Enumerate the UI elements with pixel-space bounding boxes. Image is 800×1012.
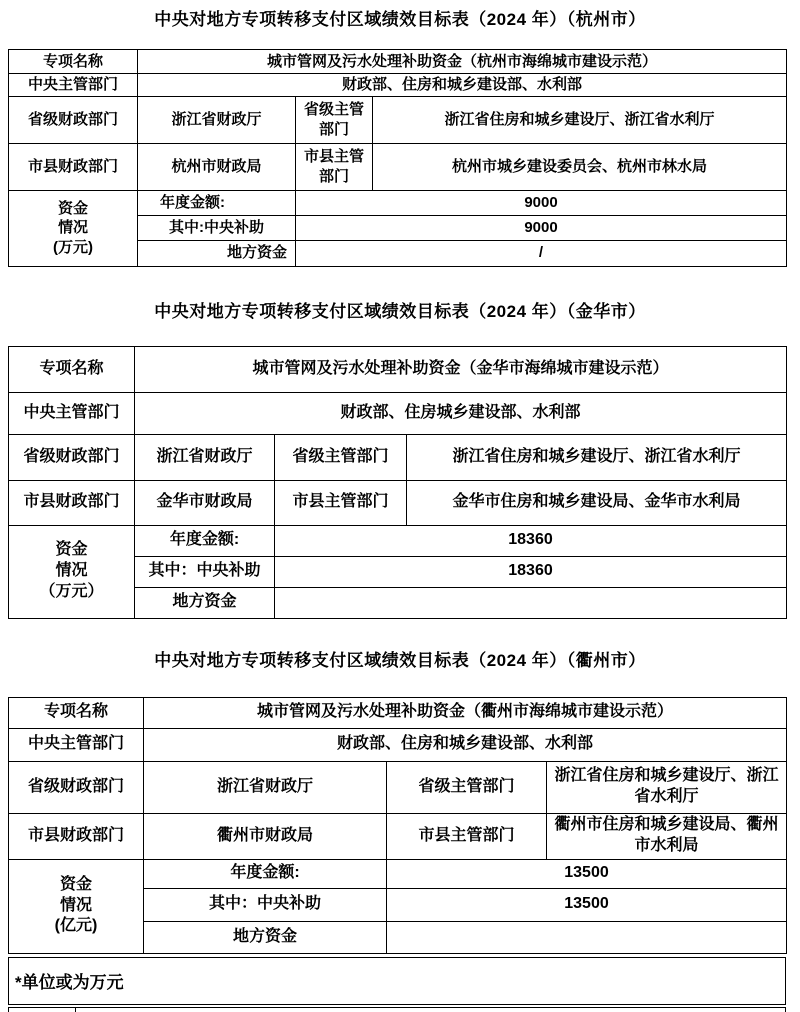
table-hangzhou: 专项名称 城市管网及污水处理补助资金（杭州市海绵城市建设示范） 中央主管部门 财… [8, 49, 787, 267]
annual-amount-value: 18360 [275, 525, 787, 556]
city-finance-value: 杭州市财政局 [138, 143, 296, 190]
local-funds-label: 地方资金 [135, 587, 275, 618]
local-funds-label: 地方资金 [144, 921, 387, 953]
annual-amount-label: 年度金额: [144, 859, 387, 888]
central-subsidy-label: 其中:中央补助 [138, 215, 296, 240]
prov-finance-label: 省级财政部门 [9, 96, 138, 143]
central-subsidy-value: 13500 [387, 888, 787, 921]
central-dept-label: 中央主管部门 [9, 74, 138, 97]
table-row: 中央主管部门 财政部、住房城乡建设部、水利部 [9, 392, 787, 434]
document-sheet: 中央对地方专项转移支付区域绩效目标表（2024 年）（杭州市） 专项名称 城市管… [0, 0, 800, 1012]
table-row: 省级财政部门 浙江省财政厅 省级主管部门 浙江省住房和城乡建设厅、浙江省水利厅 [9, 434, 787, 480]
partial-cell-divider [75, 1008, 76, 1012]
funding-section-label: 资金 情况 (万元) [9, 190, 138, 266]
table-row: 市县财政部门 衢州市财政局 市县主管部门 衢州市住房和城乡建设局、衢州市水利局 [9, 813, 787, 859]
city-finance-value: 衢州市财政局 [144, 813, 387, 859]
project-name-value: 城市管网及污水处理补助资金（金华市海绵城市建设示范） [135, 346, 787, 392]
local-funds-value [387, 921, 787, 953]
table-row: 市县财政部门 杭州市财政局 市县主管部门 杭州市城乡建设委员会、杭州市林水局 [9, 143, 787, 190]
table-row: 专项名称 城市管网及污水处理补助资金（杭州市海绵城市建设示范） [9, 50, 787, 74]
footnote-text: *单位或为万元 [15, 968, 124, 993]
city-admin-value: 杭州市城乡建设委员会、杭州市林水局 [373, 143, 787, 190]
city-finance-label: 市县财政部门 [9, 143, 138, 190]
city-admin-label: 市县主管部门 [387, 813, 547, 859]
annual-amount-value: 9000 [296, 190, 787, 215]
central-dept-label: 中央主管部门 [9, 728, 144, 761]
city-admin-value: 衢州市住房和城乡建设局、衢州市水利局 [547, 813, 787, 859]
table-row: 资金 情况 （万元） 年度金额: 18360 [9, 525, 787, 556]
prov-finance-label: 省级财政部门 [9, 761, 144, 813]
central-subsidy-label: 其中：中央补助 [144, 888, 387, 921]
local-funds-value: / [296, 240, 787, 266]
city-finance-label: 市县财政部门 [9, 480, 135, 525]
central-dept-value: 财政部、住房城乡建设部、水利部 [135, 392, 787, 434]
table-row: 资金 情况 (万元) 年度金额: 9000 [9, 190, 787, 215]
city-admin-label: 市县主管部门 [296, 143, 373, 190]
local-funds-value [275, 587, 787, 618]
city-admin-value: 金华市住房和城乡建设局、金华市水利局 [407, 480, 787, 525]
central-dept-label: 中央主管部门 [9, 392, 135, 434]
project-name-label: 专项名称 [9, 697, 144, 728]
project-name-label: 专项名称 [9, 346, 135, 392]
table-jinhua: 专项名称 城市管网及污水处理补助资金（金华市海绵城市建设示范） 中央主管部门 财… [8, 346, 787, 619]
page-title-hangzhou: 中央对地方专项转移支付区域绩效目标表（2024 年）（杭州市） [0, 0, 800, 33]
project-name-value: 城市管网及污水处理补助资金（衢州市海绵城市建设示范） [144, 697, 787, 728]
funding-section-label: 资金 情况 （万元） [9, 525, 135, 618]
project-name-label: 专项名称 [9, 50, 138, 74]
project-name-value: 城市管网及污水处理补助资金（杭州市海绵城市建设示范） [138, 50, 787, 74]
local-funds-label: 地方资金 [138, 240, 296, 266]
prov-finance-label: 省级财政部门 [9, 434, 135, 480]
prov-admin-value: 浙江省住房和城乡建设厅、浙江省水利厅 [373, 96, 787, 143]
funding-section-label: 资金 情况 (亿元) [9, 859, 144, 953]
prov-finance-value: 浙江省财政厅 [138, 96, 296, 143]
table-row: 专项名称 城市管网及污水处理补助资金（衢州市海绵城市建设示范） [9, 697, 787, 728]
table-row: 中央主管部门 财政部、住房和城乡建设部、水利部 [9, 74, 787, 97]
central-subsidy-value: 9000 [296, 215, 787, 240]
table-row: 专项名称 城市管网及污水处理补助资金（金华市海绵城市建设示范） [9, 346, 787, 392]
city-admin-label: 市县主管部门 [275, 480, 407, 525]
table-quzhou: 专项名称 城市管网及污水处理补助资金（衢州市海绵城市建设示范） 中央主管部门 财… [8, 697, 787, 954]
table-row: 市县财政部门 金华市财政局 市县主管部门 金华市住房和城乡建设局、金华市水利局 [9, 480, 787, 525]
partial-next-row [8, 1007, 786, 1012]
annual-amount-label: 年度金额: [138, 190, 296, 215]
table-row: 省级财政部门 浙江省财政厅 省级主管部门 浙江省住房和城乡建设厅、浙江省水利厅 [9, 96, 787, 143]
prov-admin-value: 浙江省住房和城乡建设厅、浙江省水利厅 [547, 761, 787, 813]
central-dept-value: 财政部、住房和城乡建设部、水利部 [144, 728, 787, 761]
city-finance-label: 市县财政部门 [9, 813, 144, 859]
prov-finance-value: 浙江省财政厅 [135, 434, 275, 480]
footnote-box: *单位或为万元 [8, 957, 786, 1005]
prov-finance-value: 浙江省财政厅 [144, 761, 387, 813]
prov-admin-label: 省级主管部门 [296, 96, 373, 143]
page-title-jinhua: 中央对地方专项转移支付区域绩效目标表（2024 年）（金华市） [0, 299, 800, 325]
prov-admin-label: 省级主管部门 [275, 434, 407, 480]
prov-admin-value: 浙江省住房和城乡建设厅、浙江省水利厅 [407, 434, 787, 480]
table-row: 资金 情况 (亿元) 年度金额: 13500 [9, 859, 787, 888]
page-title-quzhou: 中央对地方专项转移支付区域绩效目标表（2024 年）（衢州市） [0, 648, 800, 674]
city-finance-value: 金华市财政局 [135, 480, 275, 525]
annual-amount-label: 年度金额: [135, 525, 275, 556]
central-subsidy-value: 18360 [275, 556, 787, 587]
table-row: 省级财政部门 浙江省财政厅 省级主管部门 浙江省住房和城乡建设厅、浙江省水利厅 [9, 761, 787, 813]
annual-amount-value: 13500 [387, 859, 787, 888]
table-row: 中央主管部门 财政部、住房和城乡建设部、水利部 [9, 728, 787, 761]
central-subsidy-label: 其中：中央补助 [135, 556, 275, 587]
central-dept-value: 财政部、住房和城乡建设部、水利部 [138, 74, 787, 97]
prov-admin-label: 省级主管部门 [387, 761, 547, 813]
